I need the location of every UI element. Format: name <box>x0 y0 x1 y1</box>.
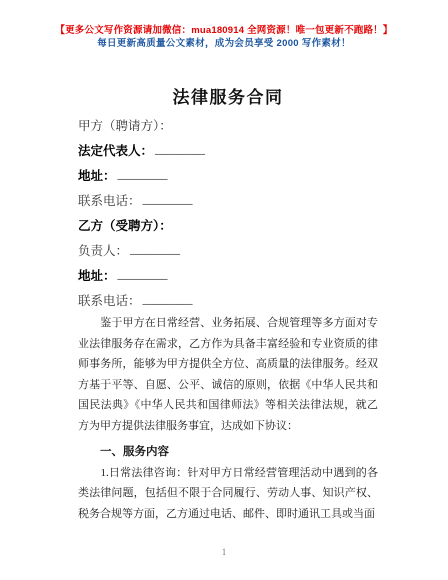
document-title: 法律服务合同 <box>78 86 378 110</box>
contract-field-row: 负责人：________ <box>78 237 378 262</box>
watermark-banner: 【更多公文写作资源请加微信：mua180914 全网资源！唯一包更新不跑路！】 … <box>0 24 448 50</box>
body-line: 业法律服务存在需求，乙方作为具备丰富经验和专业资质的律 <box>78 334 378 355</box>
body-line: 类法律问题，包括但不限于合同履行、劳动人事、知识产权、 <box>78 483 378 504</box>
contract-field-row: 法定代表人：________ <box>78 137 378 162</box>
field-label: 乙方（受聘方）： <box>78 216 172 234</box>
field-label: 地址： <box>78 266 116 284</box>
field-label: 联系电话： <box>78 291 141 309</box>
body-line: 师事务所，能够为甲方提供全方位、高质量的法律服务。经双 <box>78 354 378 375</box>
field-blank-line: ________ <box>118 167 168 182</box>
body-line: 1.日常法律咨询：针对甲方日常经营管理活动中遇到的各 <box>78 463 378 484</box>
field-label: 地址： <box>78 166 116 184</box>
body-line: 国民法典》《中华人民共和国律师法》等相关法律法规，就乙 <box>78 395 378 416</box>
contract-field-row: 地址：________ <box>78 262 378 287</box>
page-number: 1 <box>0 547 448 557</box>
contract-field-row: 地址：________ <box>78 162 378 187</box>
watermark-line2: 每日更新高质量公文素材，成为会员享受 2000 写作素材！ <box>0 37 448 50</box>
section-heading: 一、服务内容 <box>78 442 378 463</box>
field-label: 负责人： <box>78 241 128 259</box>
body-line: 鉴于甲方在日常经营、业务拓展、合规管理等多方面对专 <box>78 313 378 334</box>
field-label: 甲方（聘请方）： <box>78 116 172 134</box>
field-blank-line: ________ <box>130 242 180 257</box>
contract-field-row: 甲方（聘请方）： <box>78 112 378 137</box>
contract-body: 鉴于甲方在日常经营、业务拓展、合规管理等多方面对专业法律服务存在需求，乙方作为具… <box>78 313 378 524</box>
watermark-line1: 【更多公文写作资源请加微信：mua180914 全网资源！唯一包更新不跑路！】 <box>0 24 448 37</box>
body-line: 税务合规等方面，乙方通过电话、邮件、即时通讯工具或当面 <box>78 504 378 525</box>
document-content: 法律服务合同 甲方（聘请方）：法定代表人：________地址：________… <box>78 86 378 524</box>
body-line: 方基于平等、自愿、公平、诚信的原则，依据《中华人民共和 <box>78 375 378 396</box>
field-blank-line: ________ <box>155 142 205 157</box>
body-line: 方为甲方提供法律服务事宜，达成如下协议： <box>78 416 378 437</box>
field-blank-line: ________ <box>143 292 193 307</box>
field-blank-line: ________ <box>118 267 168 282</box>
field-label: 联系电话： <box>78 191 141 209</box>
document-page: 【更多公文写作资源请加微信：mua180914 全网资源！唯一包更新不跑路！】 … <box>0 0 448 580</box>
contract-field-row: 联系电话：________ <box>78 187 378 212</box>
contract-party-fields: 甲方（聘请方）：法定代表人：________地址：________联系电话：__… <box>78 112 378 312</box>
field-blank-line: ________ <box>143 192 193 207</box>
field-label: 法定代表人： <box>78 141 153 159</box>
contract-field-row: 联系电话：________ <box>78 287 378 312</box>
contract-field-row: 乙方（受聘方）： <box>78 212 378 237</box>
